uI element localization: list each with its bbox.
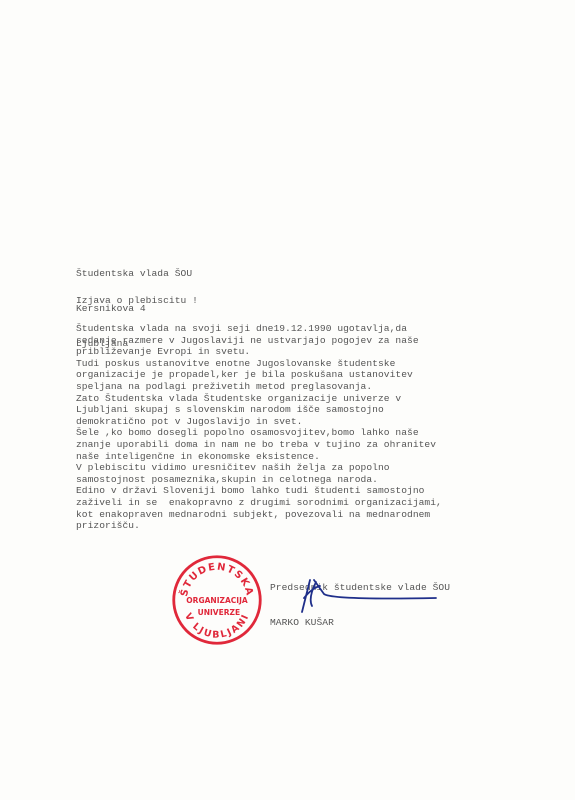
body-line: speljana na podlagi preživetih metod pre… [76, 381, 442, 393]
body-line: organizacije je propadel,ker je bila pos… [76, 369, 442, 381]
body-line: samostojnost posameznika,skupin in celot… [76, 474, 442, 486]
body-line: Zato Študentska vlada Študentske organiz… [76, 393, 442, 405]
signatory-name: MARKO KUŠAR [270, 617, 450, 629]
body-line: kot enakopraven mednarodni subjekt, pove… [76, 509, 442, 521]
body-line: Edino v državi Sloveniji bomo lahko tudi… [76, 485, 442, 497]
body-line: Šele ,ko bomo dosegli popolno osamosvoji… [76, 427, 442, 439]
document-body: Študentska vlada na svoji seji dne19.12.… [76, 323, 442, 532]
body-line: prizorišču. [76, 520, 442, 532]
body-line: sedanje razmere v Jugoslaviji ne ustvarj… [76, 335, 442, 347]
body-line: zaživeli in se enakopravno z drugimi sor… [76, 497, 442, 509]
body-line: V plebiscitu vidimo uresničitev naših že… [76, 462, 442, 474]
handwritten-signature [296, 576, 446, 616]
body-line: približevanje Evropi in svetu. [76, 346, 442, 358]
sender-line: Študentska vlada ŠOU [76, 268, 192, 280]
body-line: Ljubljani skupaj s slovenskim narodom iš… [76, 404, 442, 416]
document-subject: Izjava o plebiscitu ! [76, 295, 198, 307]
stamp-middle-text: ORGANIZACIJA [186, 596, 248, 605]
stamp-lower-text: UNIVERZE [198, 608, 241, 617]
official-stamp: ŠTUDENTSKA ORGANIZACIJA UNIVERZE V LJUBL… [170, 553, 264, 647]
body-line: demokratično pot v Jugoslavijo in svet. [76, 416, 442, 428]
body-line: znanje uporabili doma in nam ne bo treba… [76, 439, 442, 451]
body-line: Študentska vlada na svoji seji dne19.12.… [76, 323, 442, 335]
body-line: Tudi poskus ustanovitve enotne Jugoslova… [76, 358, 442, 370]
body-line: naše inteligenčne in ekonomske eksistenc… [76, 451, 442, 463]
